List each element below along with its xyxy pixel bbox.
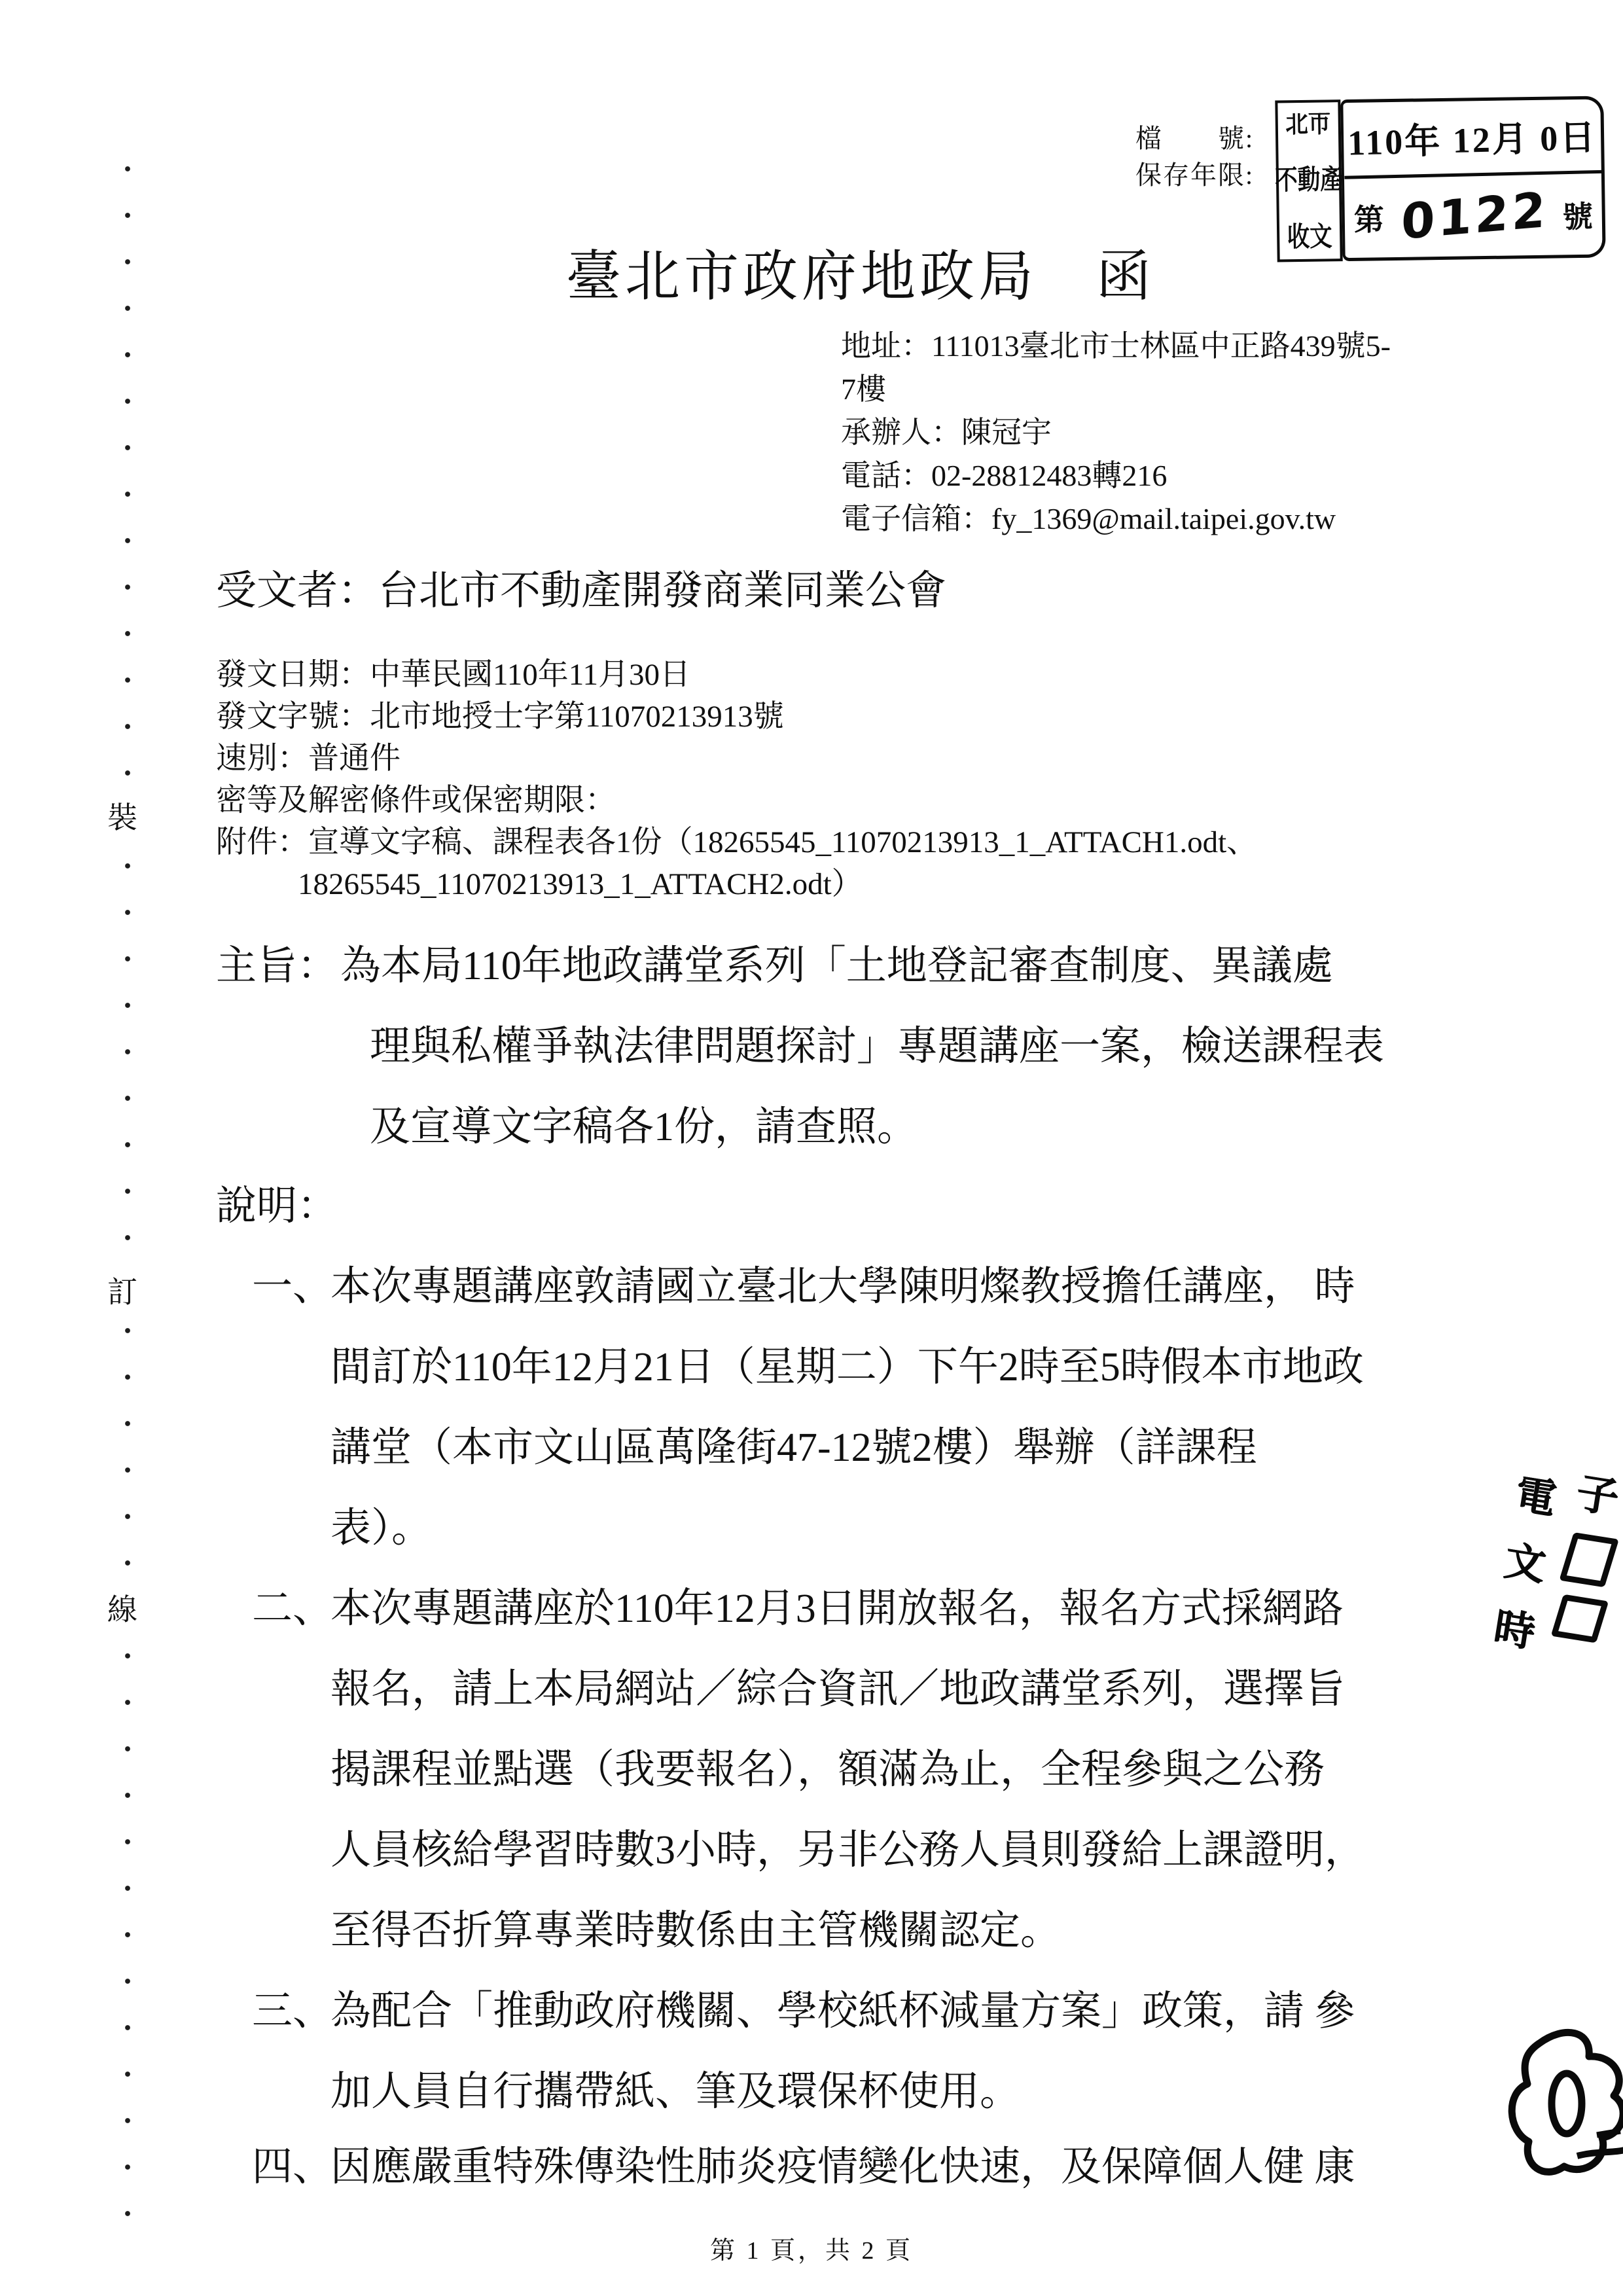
electronic-stamp-right-column: 子 (1554, 1460, 1623, 1644)
binding-mark-zhuang: 裝 (105, 795, 140, 841)
archive-number-label: 檔 號: (1135, 126, 1254, 152)
sender-address-line2: 7樓 (841, 374, 886, 404)
stamp-smudge (1559, 1532, 1619, 1587)
sender-phone: 電話：02-28812483轉216 (841, 461, 1167, 491)
item3-line1: 為配合「推動政府機關、學校紙杯減量方案」政策，請 參 (330, 1991, 1355, 2032)
received-stamp-main: 110年 12月 0日 第 0122 號 (1340, 96, 1605, 262)
electronic-exchange-stamp: 電 文 時 子 (1492, 1462, 1623, 1667)
item1-line3: 講堂（本市文山區萬隆街47-12號2樓）舉辦（詳課程 (330, 1427, 1257, 1468)
ink-stamp-mark (1499, 2016, 1623, 2193)
item2-line1: 本次專題講座於110年12月3日開放報名，報名方式採網路 (330, 1588, 1344, 1629)
stamp-org-bottom: 收文 (1287, 217, 1332, 258)
stamp-org-top: 北市 (1285, 103, 1331, 144)
item2-line2: 報名，請上本局網站／綜合資訊／地政講堂系列，選擇旨 (330, 1669, 1345, 1710)
item4-number: 四、 (252, 2147, 333, 2187)
item1-line4: 表）。 (330, 1508, 432, 1549)
item3-line2: 加人員自行攜帶紙、筆及環保杯使用。 (330, 2072, 1020, 2112)
retention-period-label: 保存年限: (1135, 162, 1254, 188)
subject-label: 主旨： (216, 946, 338, 986)
meta-attachment-line1: 附件：宣導文字稿、課程表各1份（18265545_11070213913_1_A… (216, 827, 1257, 858)
item1-line2: 間訂於110年12月21日（星期二）下午2時至5時假本市地政 (330, 1347, 1364, 1388)
page-footer: 第 1 頁，共 2 頁 (0, 2238, 1623, 2263)
received-stamp: 北市 不動產 收文 110年 12月 0日 第 0122 號 (1275, 96, 1605, 262)
meta-secrecy: 密等及解密條件或保密期限： (216, 785, 616, 816)
subject-line3: 及宣導文字稿各1份，請查照。 (370, 1107, 918, 1147)
electronic-stamp-char: 時 (1490, 1594, 1539, 1659)
item1-line1: 本次專題講座敦請國立臺北大學陳明燦教授擔任講座， 時 (330, 1266, 1355, 1307)
stamp-number-suffix: 號 (1562, 193, 1593, 237)
item3-number: 三、 (252, 1991, 333, 2032)
stamp-date-row: 110年 12月 0日 (1343, 98, 1602, 179)
item2-number: 二、 (252, 1588, 333, 1629)
electronic-stamp-left-column: 電 文 時 (1490, 1462, 1560, 1659)
item2-line5: 至得否折算專業時數係由主管機關認定。 (330, 1910, 1061, 1951)
stamp-number-handwritten: 0122 (1400, 182, 1549, 251)
subject-line1: 為本局110年地政講堂系列「土地登記審查制度、異議處 (340, 946, 1333, 986)
stamp-org-mid: 不動產 (1275, 160, 1343, 201)
stamp-number-prefix: 第 (1353, 196, 1384, 240)
binding-mark-ding: 訂 (105, 1270, 140, 1316)
item4-line1: 因應嚴重特殊傳染性肺炎疫情變化快速，及保障個人健 康 (330, 2147, 1355, 2187)
received-stamp-org-column: 北市 不動產 收文 (1275, 99, 1342, 262)
subject-line2: 理與私權爭執法律問題探討」專題講座一案，檢送課程表 (370, 1026, 1384, 1067)
electronic-stamp-char: 文 (1501, 1528, 1550, 1592)
sender-email: 電子信箱：fy_1369@mail.taipei.gov.tw (841, 504, 1336, 534)
meta-attachment-line2: 18265545_11070213913_1_ATTACH2.odt） (298, 869, 863, 900)
electronic-stamp-char: 子 (1573, 1460, 1623, 1526)
electronic-stamp-char: 電 (1511, 1462, 1560, 1526)
item2-line3: 揭課程並點選（我要報名），額滿為止，全程參與之公務 (330, 1749, 1325, 1790)
meta-issue-date: 發文日期：中華民國110年11月30日 (216, 660, 690, 691)
meta-speed: 速別：普通件 (216, 744, 401, 774)
document-title: 臺北市政府地政局 函 (566, 250, 1155, 305)
item2-line4: 人員核給學習時數3小時，另非公務人員則發給上課證明， (330, 1830, 1365, 1871)
sender-address-line1: 地址：111013臺北市士林區中正路439號5- (841, 331, 1391, 361)
recipient-line: 受文者：台北市不動產開發商業同業公會 (216, 571, 946, 611)
explanation-heading: 說明： (216, 1186, 338, 1227)
meta-doc-number: 發文字號：北市地授士字第11070213913號 (216, 702, 784, 732)
document-page: 裝 訂 線 檔 號: 保存年限: 北市 不動產 收文 110年 12月 0日 第… (0, 0, 1623, 2296)
binding-mark-xian: 線 (105, 1587, 140, 1633)
stamp-smudge (1551, 1594, 1609, 1643)
item1-number: 一、 (252, 1266, 333, 1307)
sender-contact-person: 承辦人：陳冠宇 (841, 418, 1052, 448)
stamp-number-row: 第 0122 號 (1344, 175, 1603, 258)
binding-dotted-line (124, 165, 131, 2227)
